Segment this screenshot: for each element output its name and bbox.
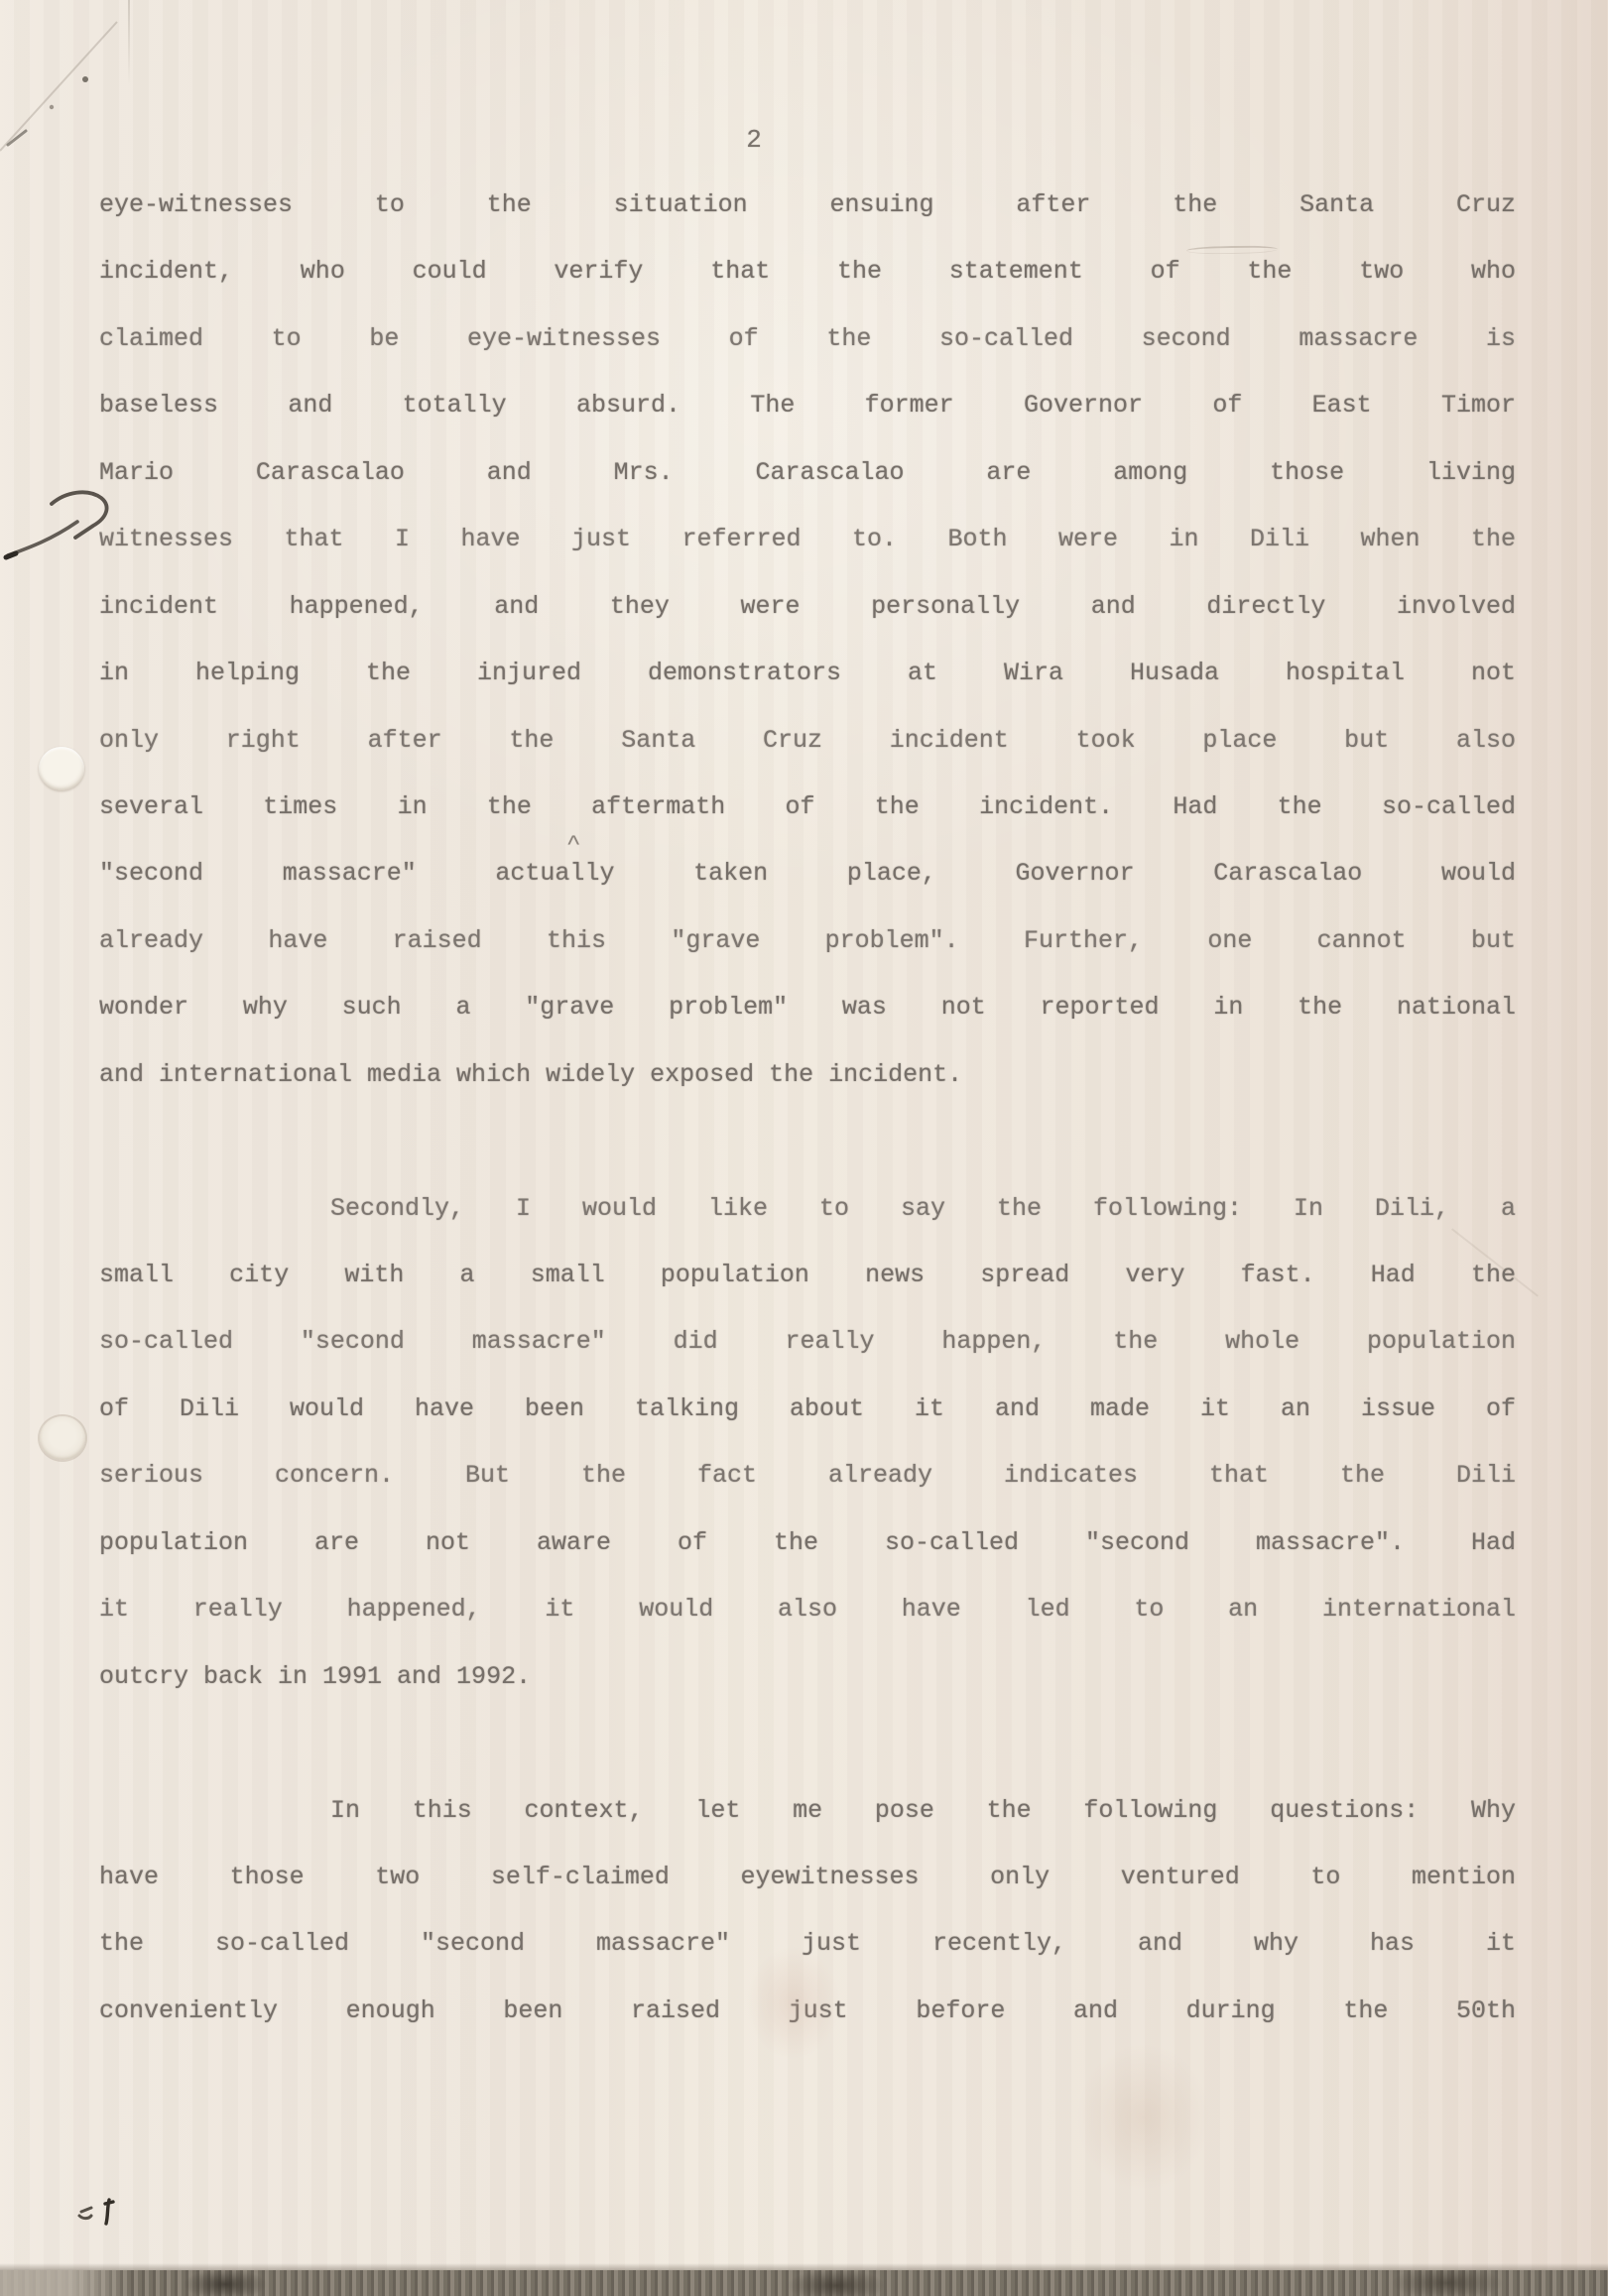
text-line: in helping the injured demonstrators at … — [99, 659, 1516, 725]
text-line: Secondly, I would like to say the follow… — [99, 1194, 1516, 1261]
paper-stain — [1076, 2043, 1210, 2192]
text-line: of Dili would have been talking about it… — [99, 1394, 1516, 1461]
text-line: "second massacre" actually taken place, … — [99, 859, 1516, 925]
text-line: witnesses that I have just referred to. … — [99, 525, 1516, 591]
text-line: have those two self-claimed eyewitnesses… — [99, 1863, 1516, 1929]
paragraph: eye-witnesses to the situation ensuing a… — [99, 190, 1516, 1127]
punch-hole-top — [39, 747, 84, 790]
text-line: eye-witnesses to the situation ensuing a… — [99, 190, 1516, 257]
text-line: wonder why such a "grave problem" was no… — [99, 993, 1516, 1059]
punch-hole-bottom — [40, 1416, 85, 1460]
text-line: conveniently enough been raised just bef… — [99, 1996, 1516, 2063]
page-number: 2 — [0, 125, 1508, 155]
text-line: claimed to be eye-witnesses of the so-ca… — [99, 324, 1516, 391]
text-line: several times in the aftermath of the in… — [99, 792, 1516, 859]
text-line: baseless and totally absurd. The former … — [99, 391, 1516, 457]
text-line: In this context, let me pose the followi… — [99, 1796, 1516, 1863]
text-line: small city with a small population news … — [99, 1261, 1516, 1327]
text-line: and international media which widely exp… — [99, 1060, 1516, 1127]
text-line: already have raised this "grave problem"… — [99, 926, 1516, 993]
text-line: only right after the Santa Cruz incident… — [99, 726, 1516, 792]
scanned-document-page: 2 eye-witnesses to the situation ensuing… — [0, 0, 1608, 2296]
text-line: Mario Carascalao and Mrs. Carascalao are… — [99, 458, 1516, 525]
text-line: incident happened, and they were persona… — [99, 592, 1516, 659]
text-line: outcry back in 1991 and 1992. — [99, 1662, 1516, 1729]
text-line: serious concern. But the fact already in… — [99, 1461, 1516, 1527]
scanner-background-strip — [0, 2270, 1608, 2296]
text-line: incident, who could verify that the stat… — [99, 257, 1516, 323]
text-line: it really happened, it would also have l… — [99, 1595, 1516, 1661]
paper-bottom-edge — [0, 2263, 1608, 2270]
ink-specks — [69, 2192, 129, 2236]
top-crease-line — [128, 0, 130, 85]
paragraph: Secondly, I would like to say the follow… — [99, 1194, 1516, 1730]
text-line: the so-called "second massacre" just rec… — [99, 1929, 1516, 1995]
text-line: population are not aware of the so-calle… — [99, 1528, 1516, 1595]
text-body: eye-witnesses to the situation ensuing a… — [99, 190, 1516, 2063]
paragraph: In this context, let me pose the followi… — [99, 1796, 1516, 2064]
caret-annotation: ^ — [566, 833, 580, 856]
text-line: so-called "second massacre" did really h… — [99, 1327, 1516, 1393]
